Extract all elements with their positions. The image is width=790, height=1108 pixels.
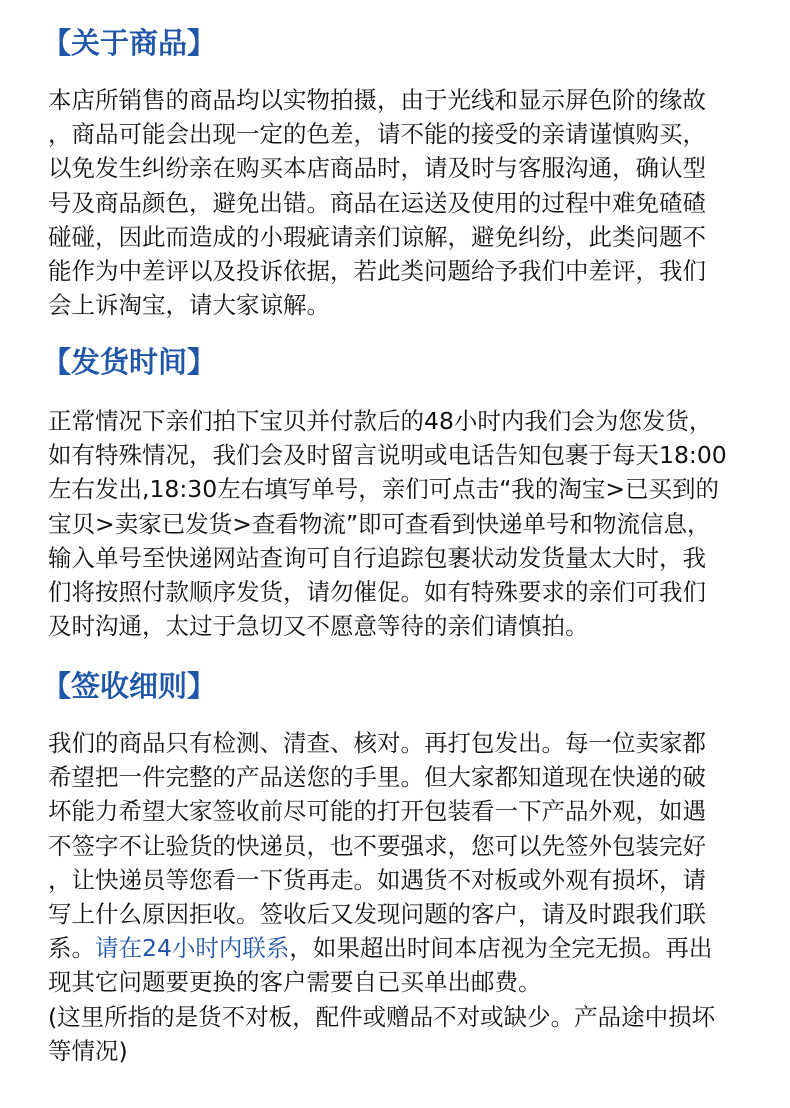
text-line: 输入单号至快递网站查询可自行追踪包裹状动发货量太大时，我 [48, 541, 727, 575]
paragraph-receipt-rules: 我们的商品只有检测、清查、核对。再打包发出。每一位卖家都 希望把一件完整的产品送… [48, 726, 715, 1068]
text-line: 坏能力希望大家签收前尽可能的打开包装看一下产品外观，如遇 [48, 794, 715, 828]
text-after: ，如果超出时间本店视为全完无损。再出 [289, 934, 712, 962]
heading-receipt-rules: 【签收细则】 [42, 668, 216, 704]
text-line: 能作为中差评以及投诉依据，若此类问题给予我们中差评，我们 [48, 254, 706, 288]
text-line: 号及商品颜色，避免出错。商品在运送及使用的过程中难免碴碴 [48, 186, 706, 220]
text-line: (这里所指的是货不对板，配件或赠品不对或缺少。产品途中损坏 [48, 1000, 715, 1034]
text-line: 会上诉淘宝，请大家谅解。 [48, 288, 706, 322]
text-line: 本店所销售的商品均以实物拍摄，由于光线和显示屏色阶的缘故 [48, 83, 706, 117]
heading-shipping-time: 【发货时间】 [42, 344, 216, 380]
text-line-with-highlight: 系。请在24小时内联系，如果超出时间本店视为全完无损。再出 [48, 931, 715, 965]
text-before: 系。 [48, 934, 95, 962]
heading-about-product: 【关于商品】 [42, 25, 216, 61]
text-line: 及时沟通，太过于急切又不愿意等待的亲们请慎拍。 [48, 609, 727, 643]
text-line: 写上什么原因拒收。签收后又发现问题的客户，请及时跟我们联 [48, 897, 715, 931]
text-line: 不签字不让验货的快递员，也不要强求，您可以先签外包装完好 [48, 829, 715, 863]
text-line: 希望把一件完整的产品送您的手里。但大家都知道现在快递的破 [48, 760, 715, 794]
text-line: 正常情况下亲们拍下宝贝并付款后的48小时内我们会为您发货， [48, 404, 727, 438]
text-line: 左右发出,18:30左右填写单号，亲们可点击“我的淘宝>已买到的 [48, 472, 727, 506]
text-line: 宝贝>卖家已发货>查看物流”即可查看到快递单号和物流信息， [48, 507, 727, 541]
text-line: 现其它问题要更换的客户需要自已买单出邮费。 [48, 965, 715, 999]
text-line: 们将按照付款顺序发货，请勿催促。如有特殊要求的亲们可我们 [48, 575, 727, 609]
text-line: ，商品可能会出现一定的色差，请不能的接受的亲请谨慎购买， [48, 117, 706, 151]
paragraph-about-product: 本店所销售的商品均以实物拍摄，由于光线和显示屏色阶的缘故 ，商品可能会出现一定的… [48, 83, 706, 322]
contact-within-24h-highlight: 请在24小时内联系 [95, 934, 289, 962]
text-line: ，让快递员等您看一下货再走。如遇货不对板或外观有损坏，请 [48, 863, 715, 897]
text-line: 如有特殊情况，我们会及时留言说明或电话告知包裹于每天18:00 [48, 438, 727, 472]
text-line: 等情况) [48, 1034, 715, 1068]
paragraph-shipping-time: 正常情况下亲们拍下宝贝并付款后的48小时内我们会为您发货， 如有特殊情况，我们会… [48, 404, 727, 643]
text-line: 我们的商品只有检测、清查、核对。再打包发出。每一位卖家都 [48, 726, 715, 760]
text-line: 碰碰，因此而造成的小瑕疵请亲们谅解，避免纠纷，此类问题不 [48, 220, 706, 254]
text-line: 以免发生纠纷亲在购买本店商品时，请及时与客服沟通，确认型 [48, 151, 706, 185]
